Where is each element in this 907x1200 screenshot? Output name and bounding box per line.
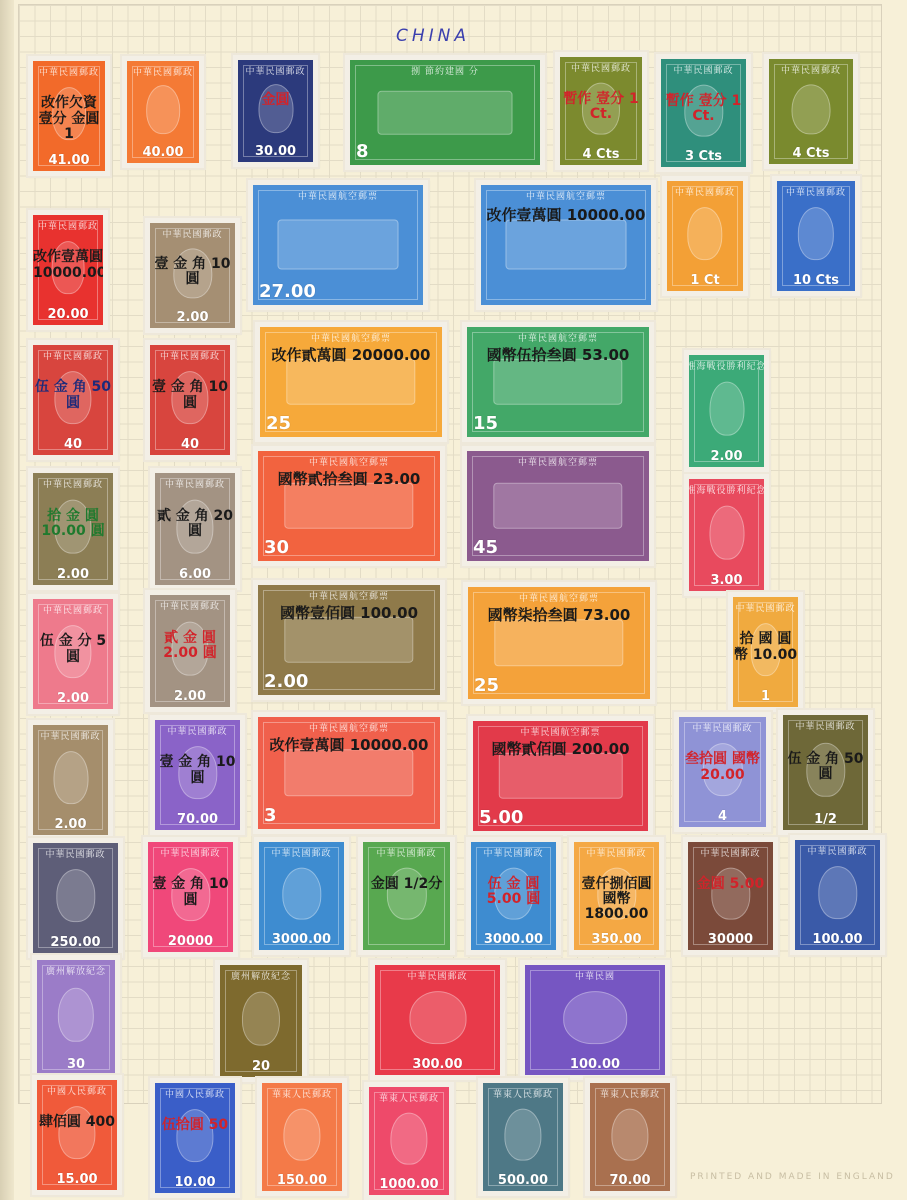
stamp-overprint: 國幣貳拾叁圓 23.00: [258, 471, 440, 488]
stamp-inscription: 中華民國郵政: [571, 61, 631, 74]
stamp-r1-7: 中華民國郵政4 Cts: [764, 54, 858, 169]
stamp-vignette: [506, 220, 627, 270]
stamp-inscription: 中華民國郵政: [165, 477, 225, 490]
stamp-denomination: 20.00: [47, 307, 88, 322]
stamp-inscription: 中國人民郵政: [165, 1087, 225, 1100]
stamp-denomination: 3: [264, 805, 277, 826]
stamp-overprint: 伍 金 角 50 圓: [783, 752, 868, 783]
stamp-inscription: 中華民國航空郵票: [518, 331, 598, 344]
stamp-denomination: 30.00: [255, 144, 296, 159]
stamp-vignette: [58, 987, 94, 1042]
stamp-inscription: 華東人民郵政: [600, 1087, 660, 1100]
stamp-denomination: 27.00: [259, 281, 316, 302]
stamp-denomination: 2.00: [174, 689, 206, 704]
stamp-overprint: 壹 金 角 10 圓: [155, 755, 240, 786]
stamp-denomination: 20: [252, 1059, 270, 1074]
stamp-r9-6: 華東人民郵政70.00: [585, 1078, 675, 1196]
stamp-inscription: 中國人民郵政: [47, 1084, 107, 1097]
stamp-denomination: 2.00: [264, 671, 308, 692]
stamp-vignette: [792, 84, 831, 134]
stamp-vignette: [378, 90, 513, 134]
stamp-vignette: [409, 991, 466, 1044]
stamp-overprint: 伍拾圓 50: [155, 1118, 235, 1133]
stamp-overprint: 暫作 壹分 1 Ct.: [661, 94, 746, 125]
stamp-r6-5: 中華民國郵政叁拾圓 國幣 20.004: [674, 712, 771, 832]
stamp-overprint: 貳 金 圓 2.00 圓: [150, 631, 230, 662]
stamp-overprint: 國幣壹佰圓 100.00: [258, 605, 440, 622]
stamp-inscription: 淮海戰役勝利紀念: [687, 359, 767, 372]
stamp-r5-4: 中華民國航空郵票國幣柒拾叁圓 73.0025: [463, 582, 655, 704]
stamp-denomination: 20000: [168, 934, 213, 949]
stamp-r1-6: 中華民國郵政暫作 壹分 1 Ct.3 Cts: [656, 54, 751, 172]
stamp-r6-3: 中華民國航空郵票改作壹萬圓 10000.003: [253, 712, 445, 834]
stamp-inscription: 中華民國航空郵票: [526, 189, 606, 202]
stamp-vignette: [504, 1109, 541, 1161]
stamp-overprint: 伍 金 角 50 圓: [33, 380, 113, 411]
stamp-denomination: 3000.00: [484, 932, 543, 947]
stamp-r6-6: 中華民國郵政伍 金 角 50 圓1/2: [778, 710, 873, 835]
stamp-r4-5: 淮海戰役勝利紀念3.00: [684, 474, 769, 596]
page-title: CHINA: [396, 26, 470, 46]
stamp-vignette: [242, 992, 280, 1046]
stamp-inscription: 中華民國郵政: [160, 599, 220, 612]
stamp-r6-4: 中華民國航空郵票國幣貳佰圓 200.005.00: [468, 716, 653, 836]
stamp-r5-1: 中華民國郵政伍 金 分 5 圓2.00: [28, 594, 118, 714]
stamp-denomination: 6.00: [179, 567, 211, 582]
stamp-denomination: 10 Cts: [793, 273, 839, 288]
stamp-inscription: 中華民國郵政: [807, 844, 867, 857]
stamp-denomination: 350.00: [591, 932, 641, 947]
stamp-r3-4: 中華民國航空郵票國幣伍拾叁圓 53.0015: [462, 322, 654, 442]
stamp-inscription: 中華民國郵政: [795, 719, 855, 732]
stamp-inscription: 廣州解放紀念: [231, 969, 291, 982]
stamp-inscription: 中華民國航空郵票: [309, 721, 389, 734]
stamp-vignette: [818, 866, 857, 919]
stamp-inscription: 中華民國郵政: [407, 969, 467, 982]
stamp-vignette: [390, 1113, 427, 1165]
stamp-vignette: [284, 483, 413, 529]
stamp-inscription: 中華民國郵政: [38, 219, 98, 232]
stamp-r7-1: 中華民國郵政250.00: [28, 838, 123, 958]
stamp-inscription: 中華民國郵政: [483, 846, 543, 859]
stamp-inscription: 中華民國郵政: [162, 227, 222, 240]
stamp-denomination: 40: [181, 437, 199, 452]
stamp-inscription: 中華民國航空郵票: [520, 725, 600, 738]
printer-note: PRINTED AND MADE IN ENGLAND: [690, 1172, 895, 1182]
stamp-inscription: 中華民國郵政: [376, 846, 436, 859]
stamp-vignette: [56, 869, 95, 922]
stamp-r9-5: 華東人民郵政500.00: [478, 1078, 568, 1196]
stamp-inscription: 中華民國航空郵票: [311, 331, 391, 344]
stamp-denomination: 2.00: [176, 310, 208, 325]
stamp-overprint: 金圓 1/2分: [363, 877, 450, 892]
stamp-vignette: [493, 483, 622, 529]
stamp-inscription: 中華民國航空郵票: [309, 589, 389, 602]
stamp-denomination: 30: [67, 1057, 85, 1072]
stamp-denomination: 40.00: [142, 145, 183, 160]
stamp-r9-4: 華東人民郵政1000.00: [364, 1082, 454, 1200]
stamp-denomination: 40: [64, 437, 82, 452]
stamp-inscription: 中華民國郵政: [43, 477, 103, 490]
stamp-r4-1: 中華民國郵政拾 金 圓 10.00 圓2.00: [28, 468, 118, 590]
stamp-r2-6: 中華民國郵政10 Cts: [772, 176, 860, 296]
stamp-overprint: 暫作 壹分 1 Ct.: [560, 92, 642, 123]
stamp-denomination: 4 Cts: [582, 147, 619, 162]
stamp-overprint: 改作壹萬圓 10000.00: [481, 207, 651, 224]
stamp-denomination: 30000: [708, 932, 753, 947]
stamp-r7-2: 中華民國郵政壹 金 角 10 圓20000: [143, 837, 238, 957]
stamp-denomination: 25: [474, 675, 499, 696]
stamp-denomination: 1000.00: [379, 1177, 438, 1192]
stamp-r2-4: 中華民國航空郵票改作壹萬圓 10000.00: [476, 180, 656, 310]
stamp-overprint: 拾 國 圓 幣 10.00: [733, 632, 798, 663]
stamp-overprint: 金圓 5.00: [688, 877, 773, 892]
stamp-denomination: 3 Cts: [685, 149, 722, 164]
stamp-inscription: 中華民國郵政: [271, 846, 331, 859]
stamp-inscription: 中華民國郵政: [245, 64, 305, 77]
stamp-vignette: [687, 207, 722, 260]
stamp-inscription: 中華民國郵政: [781, 63, 841, 76]
stamp-vignette: [286, 359, 415, 405]
album-spine: [0, 0, 14, 1200]
stamp-inscription: 廣州解放紀念: [46, 964, 106, 977]
stamp-inscription: 淮海戰役勝利紀念: [687, 483, 767, 496]
stamp-r9-2: 中國人民郵政伍拾圓 5010.00: [150, 1078, 240, 1198]
stamp-inscription: 中華民國郵政: [692, 721, 752, 734]
stamp-denomination: 45: [473, 537, 498, 558]
stamp-inscription: 中華民國: [575, 969, 615, 982]
stamp-inscription: 中華民國郵政: [167, 724, 227, 737]
stamp-vignette: [611, 1109, 648, 1161]
stamp-denomination: 70.00: [177, 812, 218, 827]
stamp-r7-7: 中華民國郵政金圓 5.0030000: [683, 837, 778, 955]
stamp-r5-5: 中華民國郵政拾 國 圓 幣 10.001: [728, 592, 803, 712]
stamp-overprint: 壹 金 角 10 圓: [148, 877, 233, 908]
stamp-denomination: 2.00: [54, 817, 86, 832]
stamp-denomination: 1 Ct: [690, 273, 719, 288]
stamp-inscription: 中華民國郵政: [786, 185, 846, 198]
stamp-r5-3: 中華民國航空郵票國幣壹佰圓 100.002.00: [253, 580, 445, 700]
stamp-inscription: 中華民國郵政: [160, 846, 220, 859]
stamp-inscription: 中華民國航空郵票: [309, 455, 389, 468]
stamp-overprint: 改作壹萬圓 10000.00: [258, 737, 440, 754]
stamp-denomination: 250.00: [50, 935, 100, 950]
stamp-denomination: 41.00: [48, 153, 89, 168]
stamp-denomination: 300.00: [412, 1057, 462, 1072]
stamp-r1-2: 中華民國郵政40.00: [122, 56, 204, 168]
stamp-vignette: [284, 749, 413, 796]
stamp-r5-2: 中華民國郵政貳 金 圓 2.00 圓2.00: [145, 590, 235, 712]
stamp-overprint: 肆佰圓 400: [37, 1115, 117, 1130]
stamp-overprint: 國幣伍拾叁圓 53.00: [467, 347, 649, 364]
stamp-overprint: 拾 金 圓 10.00 圓: [33, 509, 113, 540]
stamp-r8-2: 廣州解放紀念20: [215, 960, 307, 1082]
stamp-r7-3: 中華民國郵政3000.00: [254, 837, 349, 955]
stamp-overprint: 國幣貳佰圓 200.00: [473, 741, 648, 758]
stamp-denomination: 500.00: [498, 1173, 548, 1188]
stamp-vignette: [493, 359, 622, 405]
stamp-denomination: 100.00: [570, 1057, 620, 1072]
stamp-r3-3: 中華民國航空郵票改作貳萬圓 20000.0025: [255, 322, 447, 442]
stamp-inscription: 中華民國航空郵票: [298, 189, 378, 202]
stamp-vignette: [798, 207, 834, 260]
stamp-overprint: 壹 金 角 10 圓: [150, 257, 235, 288]
stamp-overprint: 金圓: [238, 93, 313, 108]
stamp-inscription: 中華民國郵政: [160, 349, 220, 362]
stamp-vignette: [494, 619, 623, 666]
stamp-denomination: 3.00: [710, 573, 742, 588]
stamp-r4-2: 中華民國郵政貳 金 角 20 圓6.00: [150, 468, 240, 590]
stamp-inscription: 中華民國郵政: [43, 603, 103, 616]
stamp-r4-4: 中華民國航空郵票45: [462, 446, 654, 566]
stamp-denomination: 3000.00: [272, 932, 331, 947]
stamp-inscription: 中華民國郵政: [700, 846, 760, 859]
stamp-inscription: 中華民國郵政: [673, 63, 733, 76]
stamp-inscription: 華東人民郵政: [379, 1091, 439, 1104]
stamp-denomination: 5.00: [479, 807, 523, 828]
stamp-denomination: 2.00: [710, 449, 742, 464]
stamp-overprint: 伍 金 圓 5.00 圓: [471, 877, 556, 908]
stamp-overprint: 改作貳萬圓 20000.00: [260, 347, 442, 364]
stamp-inscription: 中華民國郵政: [675, 185, 735, 198]
stamp-vignette: [563, 991, 627, 1044]
stamp-r7-4: 中華民國郵政金圓 1/2分: [358, 837, 455, 955]
stamp-denomination: 2.00: [57, 691, 89, 706]
stamp-vignette: [709, 382, 744, 436]
stamp-r4-3: 中華民國航空郵票國幣貳拾叁圓 23.0030: [253, 446, 445, 566]
stamp-inscription: 中華民國航空郵票: [519, 591, 599, 604]
stamp-inscription: 中華民國郵政: [40, 729, 100, 742]
stamp-r1-1: 中華民國郵政改作欠資 壹分 金圓 141.00: [28, 56, 110, 176]
stamp-inscription: 中華民國郵政: [735, 601, 795, 614]
album-page: CHINA PRINTED AND MADE IN ENGLAND 中華民國郵政…: [0, 0, 907, 1200]
stamp-vignette: [146, 85, 180, 134]
stamp-r7-5: 中華民國郵政伍 金 圓 5.00 圓3000.00: [466, 837, 561, 955]
stamp-r1-5: 中華民國郵政暫作 壹分 1 Ct.4 Cts: [555, 52, 647, 170]
stamp-inscription: 華東人民郵政: [493, 1087, 553, 1100]
stamp-denomination: 70.00: [609, 1173, 650, 1188]
stamp-overprint: 伍 金 分 5 圓: [33, 634, 113, 665]
stamp-denomination: 15.00: [56, 1172, 97, 1187]
stamp-denomination: 15: [473, 413, 498, 434]
stamp-r8-3: 中華民國郵政300.00: [370, 960, 505, 1080]
stamp-r1-3: 中華民國郵政金圓30.00: [233, 55, 318, 167]
stamp-inscription: 中華民國郵政: [39, 65, 99, 78]
stamp-denomination: 1: [761, 689, 770, 704]
stamp-overprint: 改作壹萬圓 10000.00: [33, 250, 103, 281]
stamp-inscription: 中華民國郵政: [43, 349, 103, 362]
stamp-r3-5: 淮海戰役勝利紀念2.00: [684, 350, 769, 472]
stamp-denomination: 2.00: [57, 567, 89, 582]
stamp-r9-1: 中國人民郵政肆佰圓 40015.00: [32, 1075, 122, 1195]
stamp-overprint: 叁拾圓 國幣 20.00: [679, 752, 766, 783]
stamp-r2-3: 中華民國航空郵票27.00: [248, 180, 428, 310]
stamp-inscription: 中華民國郵政: [586, 846, 646, 859]
stamp-r2-2: 中華民國郵政壹 金 角 10 圓2.00: [145, 218, 240, 333]
stamp-r6-1: 中華民國郵政2.00: [28, 720, 113, 840]
stamp-denomination: 10.00: [174, 1175, 215, 1190]
stamp-denomination: 8: [356, 141, 369, 162]
stamp-r3-2: 中華民國郵政壹 金 角 10 圓40: [145, 340, 235, 460]
stamp-r7-6: 中華民國郵政壹仟捌佰圓 國幣 1800.00350.00: [569, 837, 664, 955]
stamp-inscription: 捌 節約建國 分: [411, 64, 479, 77]
stamp-overprint: 貳 金 角 20 圓: [155, 509, 235, 540]
stamp-vignette: [283, 1109, 320, 1161]
stamp-vignette: [282, 868, 321, 920]
stamp-r8-4: 中華民國100.00: [520, 960, 670, 1080]
stamp-inscription: 華東人民郵政: [272, 1087, 332, 1100]
stamp-denomination: 30: [264, 537, 289, 558]
stamp-r2-1: 中華民國郵政改作壹萬圓 10000.0020.00: [28, 210, 108, 330]
stamp-overprint: 壹仟捌佰圓 國幣 1800.00: [574, 877, 659, 923]
stamp-denomination: 100.00: [812, 932, 862, 947]
stamp-inscription: 中華民國航空郵票: [518, 455, 598, 468]
stamp-vignette: [709, 506, 744, 560]
stamp-denomination: 25: [266, 413, 291, 434]
stamp-overprint: 改作欠資 壹分 金圓 1: [33, 96, 105, 142]
stamp-r1-4: 捌 節約建國 分8: [345, 55, 545, 170]
stamp-denomination: 4: [718, 809, 727, 824]
stamp-r6-2: 中華民國郵政壹 金 角 10 圓70.00: [150, 715, 245, 835]
stamp-r7-8: 中華民國郵政100.00: [790, 835, 885, 955]
stamp-vignette: [53, 751, 88, 804]
stamp-inscription: 中華民國郵政: [133, 65, 193, 78]
stamp-r8-1: 廣州解放紀念30: [32, 955, 120, 1080]
stamp-r9-3: 華東人民郵政150.00: [257, 1078, 347, 1196]
stamp-denomination: 1/2: [814, 812, 837, 827]
stamp-overprint: 國幣柒拾叁圓 73.00: [468, 607, 650, 624]
stamp-vignette: [284, 617, 413, 663]
stamp-vignette: [278, 220, 399, 270]
stamp-denomination: 4 Cts: [792, 146, 829, 161]
stamp-inscription: 中華民國郵政: [45, 847, 105, 860]
stamp-vignette: [498, 753, 623, 799]
stamp-overprint: 壹 金 角 10 圓: [150, 380, 230, 411]
stamp-r3-1: 中華民國郵政伍 金 角 50 圓40: [28, 340, 118, 460]
stamp-denomination: 150.00: [277, 1173, 327, 1188]
stamp-r2-5: 中華民國郵政1 Ct: [662, 176, 748, 296]
